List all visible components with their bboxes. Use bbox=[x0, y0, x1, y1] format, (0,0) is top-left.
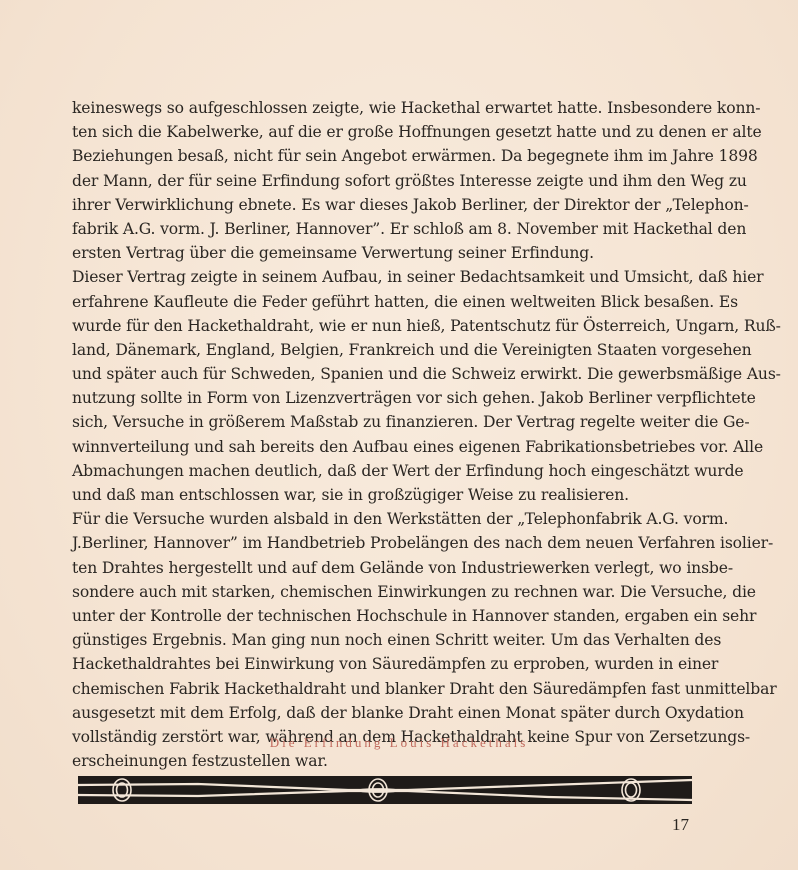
text-line: Abmachungen machen deutlich, daß der Wer… bbox=[72, 459, 692, 483]
text-line: erfahrene Kaufleute die Feder geführt ha… bbox=[72, 290, 692, 314]
text-line: wurde für den Hackethaldraht, wie er nun… bbox=[72, 314, 692, 338]
text-line: land, Dänemark, England, Belgien, Frankr… bbox=[72, 338, 692, 362]
text-line: keineswegs so aufgeschlossen zeigte, wie… bbox=[72, 96, 692, 120]
text-line: chemischen Fabrik Hackethaldraht und bla… bbox=[72, 677, 692, 701]
text-line: unter der Kontrolle der technischen Hoch… bbox=[72, 604, 692, 628]
text-line: Für die Versuche wurden alsbald in den W… bbox=[72, 507, 692, 531]
text-line: und später auch für Schweden, Spanien un… bbox=[72, 362, 692, 386]
book-page: keineswegs so aufgeschlossen zeigte, wie… bbox=[0, 0, 798, 870]
text-line: Hackethaldrahtes bei Einwirkung von Säur… bbox=[72, 652, 692, 676]
text-line: J.Berliner, Hannover” im Handbetrieb Pro… bbox=[72, 531, 692, 555]
body-text: keineswegs so aufgeschlossen zeigte, wie… bbox=[72, 96, 692, 773]
cable-wire-ornament-icon bbox=[78, 776, 692, 806]
text-line: günstiges Ergebnis. Man ging nun noch ei… bbox=[72, 628, 692, 652]
text-line: ersten Vertrag über die gemeinsame Verwe… bbox=[72, 241, 692, 265]
text-line: Dieser Vertrag zeigte in seinem Aufbau, … bbox=[72, 265, 692, 289]
section-caption: Die Erfindung Louis Hackethals bbox=[0, 735, 798, 751]
text-line: sich, Versuche in größerem Maßstab zu fi… bbox=[72, 410, 692, 434]
text-line: winnverteilung und sah bereits den Aufba… bbox=[72, 435, 692, 459]
text-line: ihrer Verwirklichung ebnete. Es war dies… bbox=[72, 193, 692, 217]
text-line: und daß man entschlossen war, sie in gro… bbox=[72, 483, 692, 507]
text-line: nutzung sollte in Form von Lizenzverträg… bbox=[72, 386, 692, 410]
text-line: der Mann, der für seine Erfindung sofort… bbox=[72, 169, 692, 193]
text-line: sondere auch mit starken, chemischen Ein… bbox=[72, 580, 692, 604]
page-number: 17 bbox=[672, 815, 689, 835]
text-line: ausgesetzt mit dem Erfolg, daß der blank… bbox=[72, 701, 692, 725]
text-line: erscheinungen festzustellen war. bbox=[72, 749, 692, 773]
text-line: fabrik A.G. vorm. J. Berliner, Hannover”… bbox=[72, 217, 692, 241]
text-line: ten Drahtes hergestellt und auf dem Gelä… bbox=[72, 556, 692, 580]
text-line: Beziehungen besaß, nicht für sein Angebo… bbox=[72, 144, 692, 168]
text-line: ten sich die Kabelwerke, auf die er groß… bbox=[72, 120, 692, 144]
